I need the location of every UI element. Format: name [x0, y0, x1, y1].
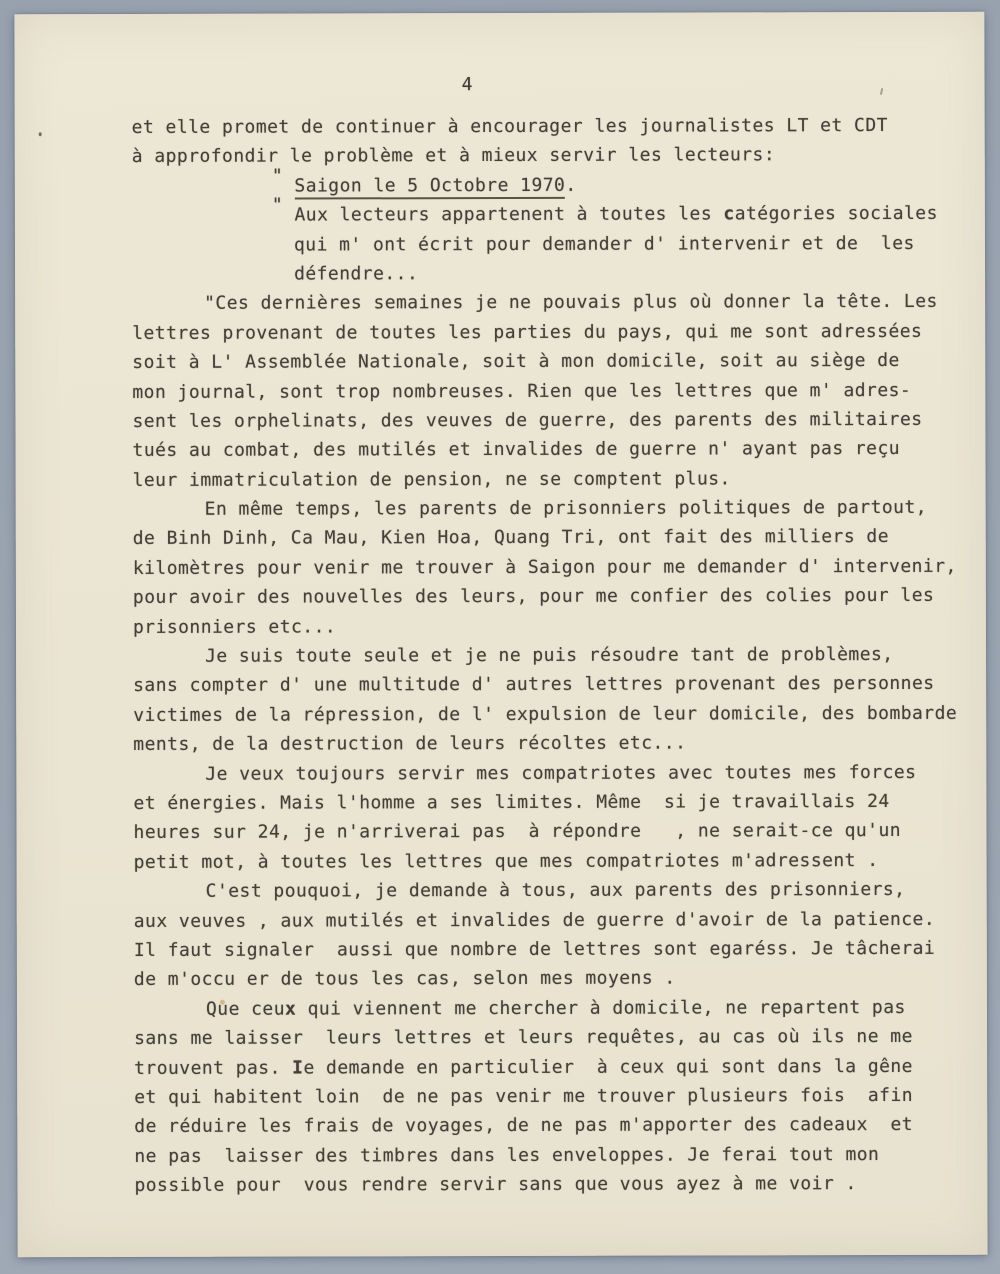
- text-line: leur immatriculation de pension, ne se c…: [133, 463, 957, 495]
- text-line: En même temps, les parents de prisonnier…: [133, 493, 957, 525]
- text-line: Je veux toujours servir mes compatriotes…: [133, 757, 957, 789]
- document-page: 4 et elle promet de continuer à encourag…: [14, 12, 987, 1258]
- text-line: soit à L' Assemblée Nationale, soit à mo…: [132, 346, 956, 378]
- text-line: Il faut signaler aussi que nombre de let…: [134, 934, 958, 966]
- text-line: à approfondir le problème et à mieux ser…: [132, 140, 956, 172]
- text-line: sans me laisser leurs lettres et leurs r…: [134, 1022, 958, 1054]
- text-line: Que ceux qui viennent me chercher à domi…: [134, 993, 958, 1025]
- text-line: et elle promet de continuer à encourager…: [132, 111, 956, 143]
- text-line: mon journal, sont trop nombreuses. Rien …: [132, 375, 956, 407]
- text-line: de m'occu er de tous les cas, selon mes …: [134, 963, 958, 995]
- stray-dot: [220, 1000, 225, 1005]
- text-line: victimes de la répression, de l' expulsi…: [133, 699, 957, 731]
- text-line: C'est pouquoi, je demande à tous, aux pa…: [134, 875, 958, 907]
- text-line: possible pour vous rendre servir sans qu…: [134, 1169, 958, 1201]
- text-line: pour avoir des nouvelles des leurs, pour…: [133, 581, 957, 613]
- text-line: défendre...: [132, 258, 956, 290]
- text-line: de Binh Dinh, Ca Mau, Kien Hoa, Quang Tr…: [133, 522, 957, 554]
- text-line: sent les orphelinats, des veuves de guer…: [132, 405, 956, 437]
- text-line: ne pas laisser des timbres dans les enve…: [134, 1139, 958, 1171]
- text-line: tués au combat, des mutilés et invalides…: [132, 434, 956, 466]
- document-body: et elle promet de continuer à encourager…: [132, 111, 959, 1201]
- text-line: " Saigon le 5 Octobre 1970.: [132, 170, 956, 202]
- text-line: prisonniers etc...: [133, 610, 957, 642]
- text-line: trouvent pas. Ie demande en particulier …: [134, 1051, 958, 1083]
- ink-speck: [39, 132, 42, 136]
- text-line: petit mot, à toutes les lettres que mes …: [134, 846, 958, 878]
- text-line: et qui habitent loin de ne pas venir me …: [134, 1081, 958, 1113]
- text-line: et énergies. Mais l'homme a ses limites.…: [133, 787, 957, 819]
- text-line: lettres provenant de toutes les parties …: [132, 317, 956, 349]
- text-line: ments, de la destruction de leurs récolt…: [133, 728, 957, 760]
- text-line: "Ces dernières semaines je ne pouvais pl…: [132, 287, 956, 319]
- text-line: heures sur 24, je n'arriverai pas à répo…: [133, 816, 957, 848]
- text-line: Je suis toute seule et je ne puis résoud…: [133, 640, 957, 672]
- text-line: " Aux lecteurs appartenent à toutes les …: [132, 199, 956, 231]
- text-line: sans compter d' une multitude d' autres …: [133, 669, 957, 701]
- text-line: aux veuves , aux mutilés et invalides de…: [134, 904, 958, 936]
- scanner-background: 4 et elle promet de continuer à encourag…: [0, 0, 1000, 1274]
- text-line: de réduire les frais de voyages, de ne p…: [134, 1110, 958, 1142]
- text-line: qui m' ont écrit pour demander d' interv…: [132, 228, 956, 260]
- scan-mark: [880, 88, 883, 95]
- text-line: kilomètres pour venir me trouver à Saigo…: [133, 552, 957, 584]
- page-number: 4: [462, 74, 473, 95]
